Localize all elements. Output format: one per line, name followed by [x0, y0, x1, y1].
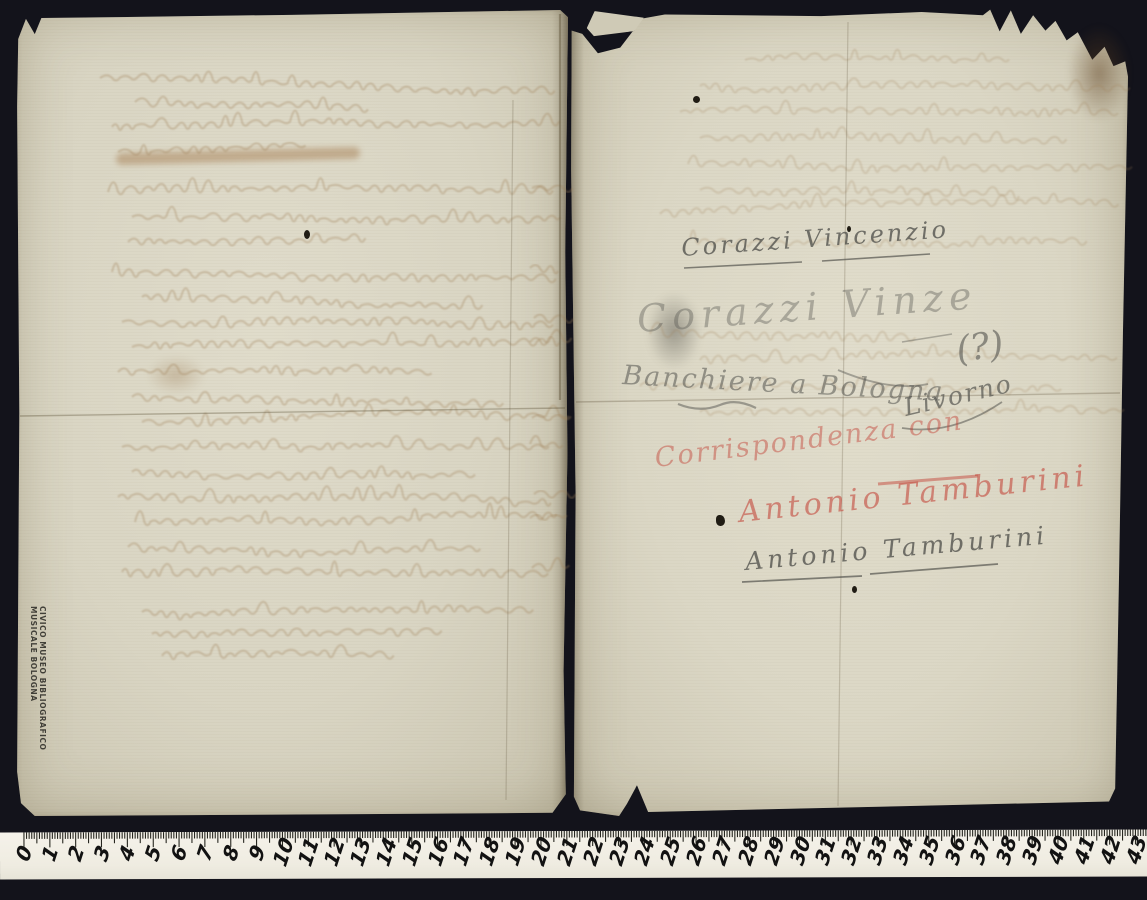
museum-stamp: CIVICO MUSEO BIBLIOGRAFICO MUSICALE BOLO…	[29, 606, 47, 778]
scanned-document-scene: Corazzi Vincenzio Corazzi Vinze Banchier…	[0, 0, 1147, 900]
right-page	[570, 8, 1128, 816]
left-page	[16, 10, 568, 816]
ruler: 0123456789101112131415161718192021222324…	[0, 829, 1147, 879]
